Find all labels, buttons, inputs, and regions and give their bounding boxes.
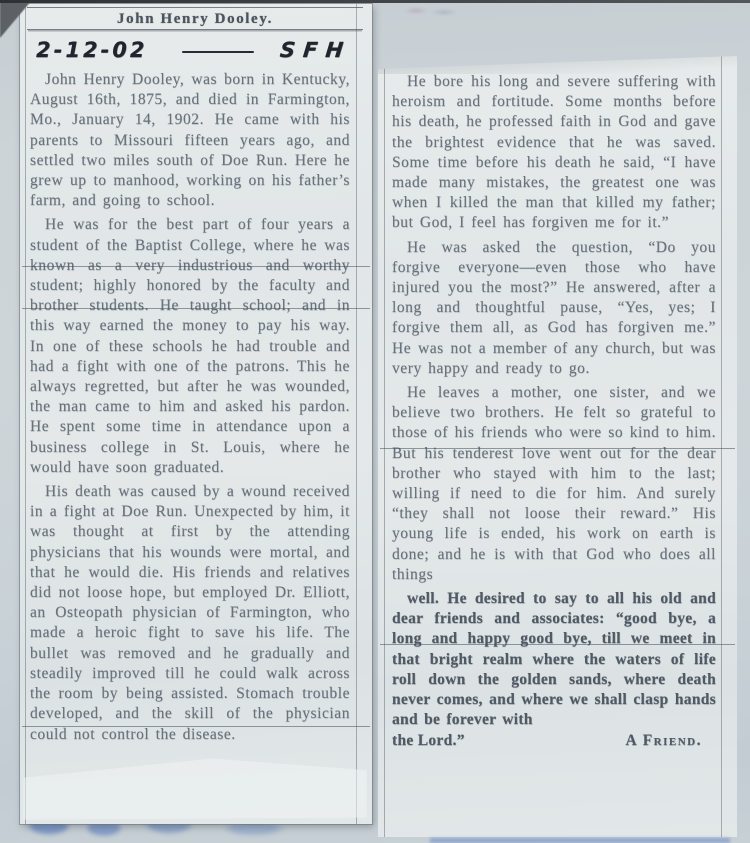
column-rule	[356, 4, 357, 824]
clipping-seam	[22, 266, 370, 267]
ink-bleed-line	[430, 838, 730, 843]
column-rule	[384, 56, 385, 837]
handwritten-annotation: 2-12-02 SFH	[20, 30, 372, 66]
paragraph-family-and-brother: He leaves a mother, one sister, and we b…	[378, 383, 737, 585]
paragraph-farewell: well. He desired to say to all his old a…	[378, 589, 737, 730]
clipping-seam	[22, 726, 370, 727]
paragraph-college-years: He was for the best part of four years a…	[20, 215, 372, 478]
obituary-left-column: John Henry Dooley. 2-12-02 SFH John Henr…	[20, 4, 372, 824]
column-rule	[25, 4, 26, 824]
tape-overlay	[23, 756, 367, 820]
handwritten-dash	[182, 51, 254, 53]
paragraph-cause-of-death: His death was caused by a wound received…	[20, 482, 372, 745]
signature: A Friend.	[625, 731, 716, 751]
obituary-right-column: He bore his long and severe suffering wi…	[378, 56, 737, 837]
closing-quote: the Lord.”	[392, 731, 465, 751]
clipping-seam	[380, 448, 735, 449]
clipping-seam	[380, 644, 735, 645]
paragraph-birth-and-youth: John Henry Dooley, was born in Kentucky,…	[20, 70, 372, 211]
clipping-seam	[22, 308, 370, 309]
scan-top-edge	[0, 0, 750, 3]
paragraph-forgiveness: He was asked the question, “Do you forgi…	[378, 238, 737, 379]
paragraph-suffering-and-faith: He bore his long and severe suffering wi…	[378, 72, 737, 234]
obituary-title: John Henry Dooley.	[27, 7, 363, 30]
corner-shadow	[0, 0, 32, 38]
ink-smudge	[402, 4, 472, 19]
handwritten-date: 2-12-02	[36, 38, 148, 62]
closing-line-row: the Lord.” A Friend.	[378, 731, 737, 751]
handwritten-initials: SFH	[278, 38, 352, 62]
column-rule	[721, 56, 722, 837]
scanned-obituary-page: John Henry Dooley. 2-12-02 SFH John Henr…	[0, 0, 750, 843]
